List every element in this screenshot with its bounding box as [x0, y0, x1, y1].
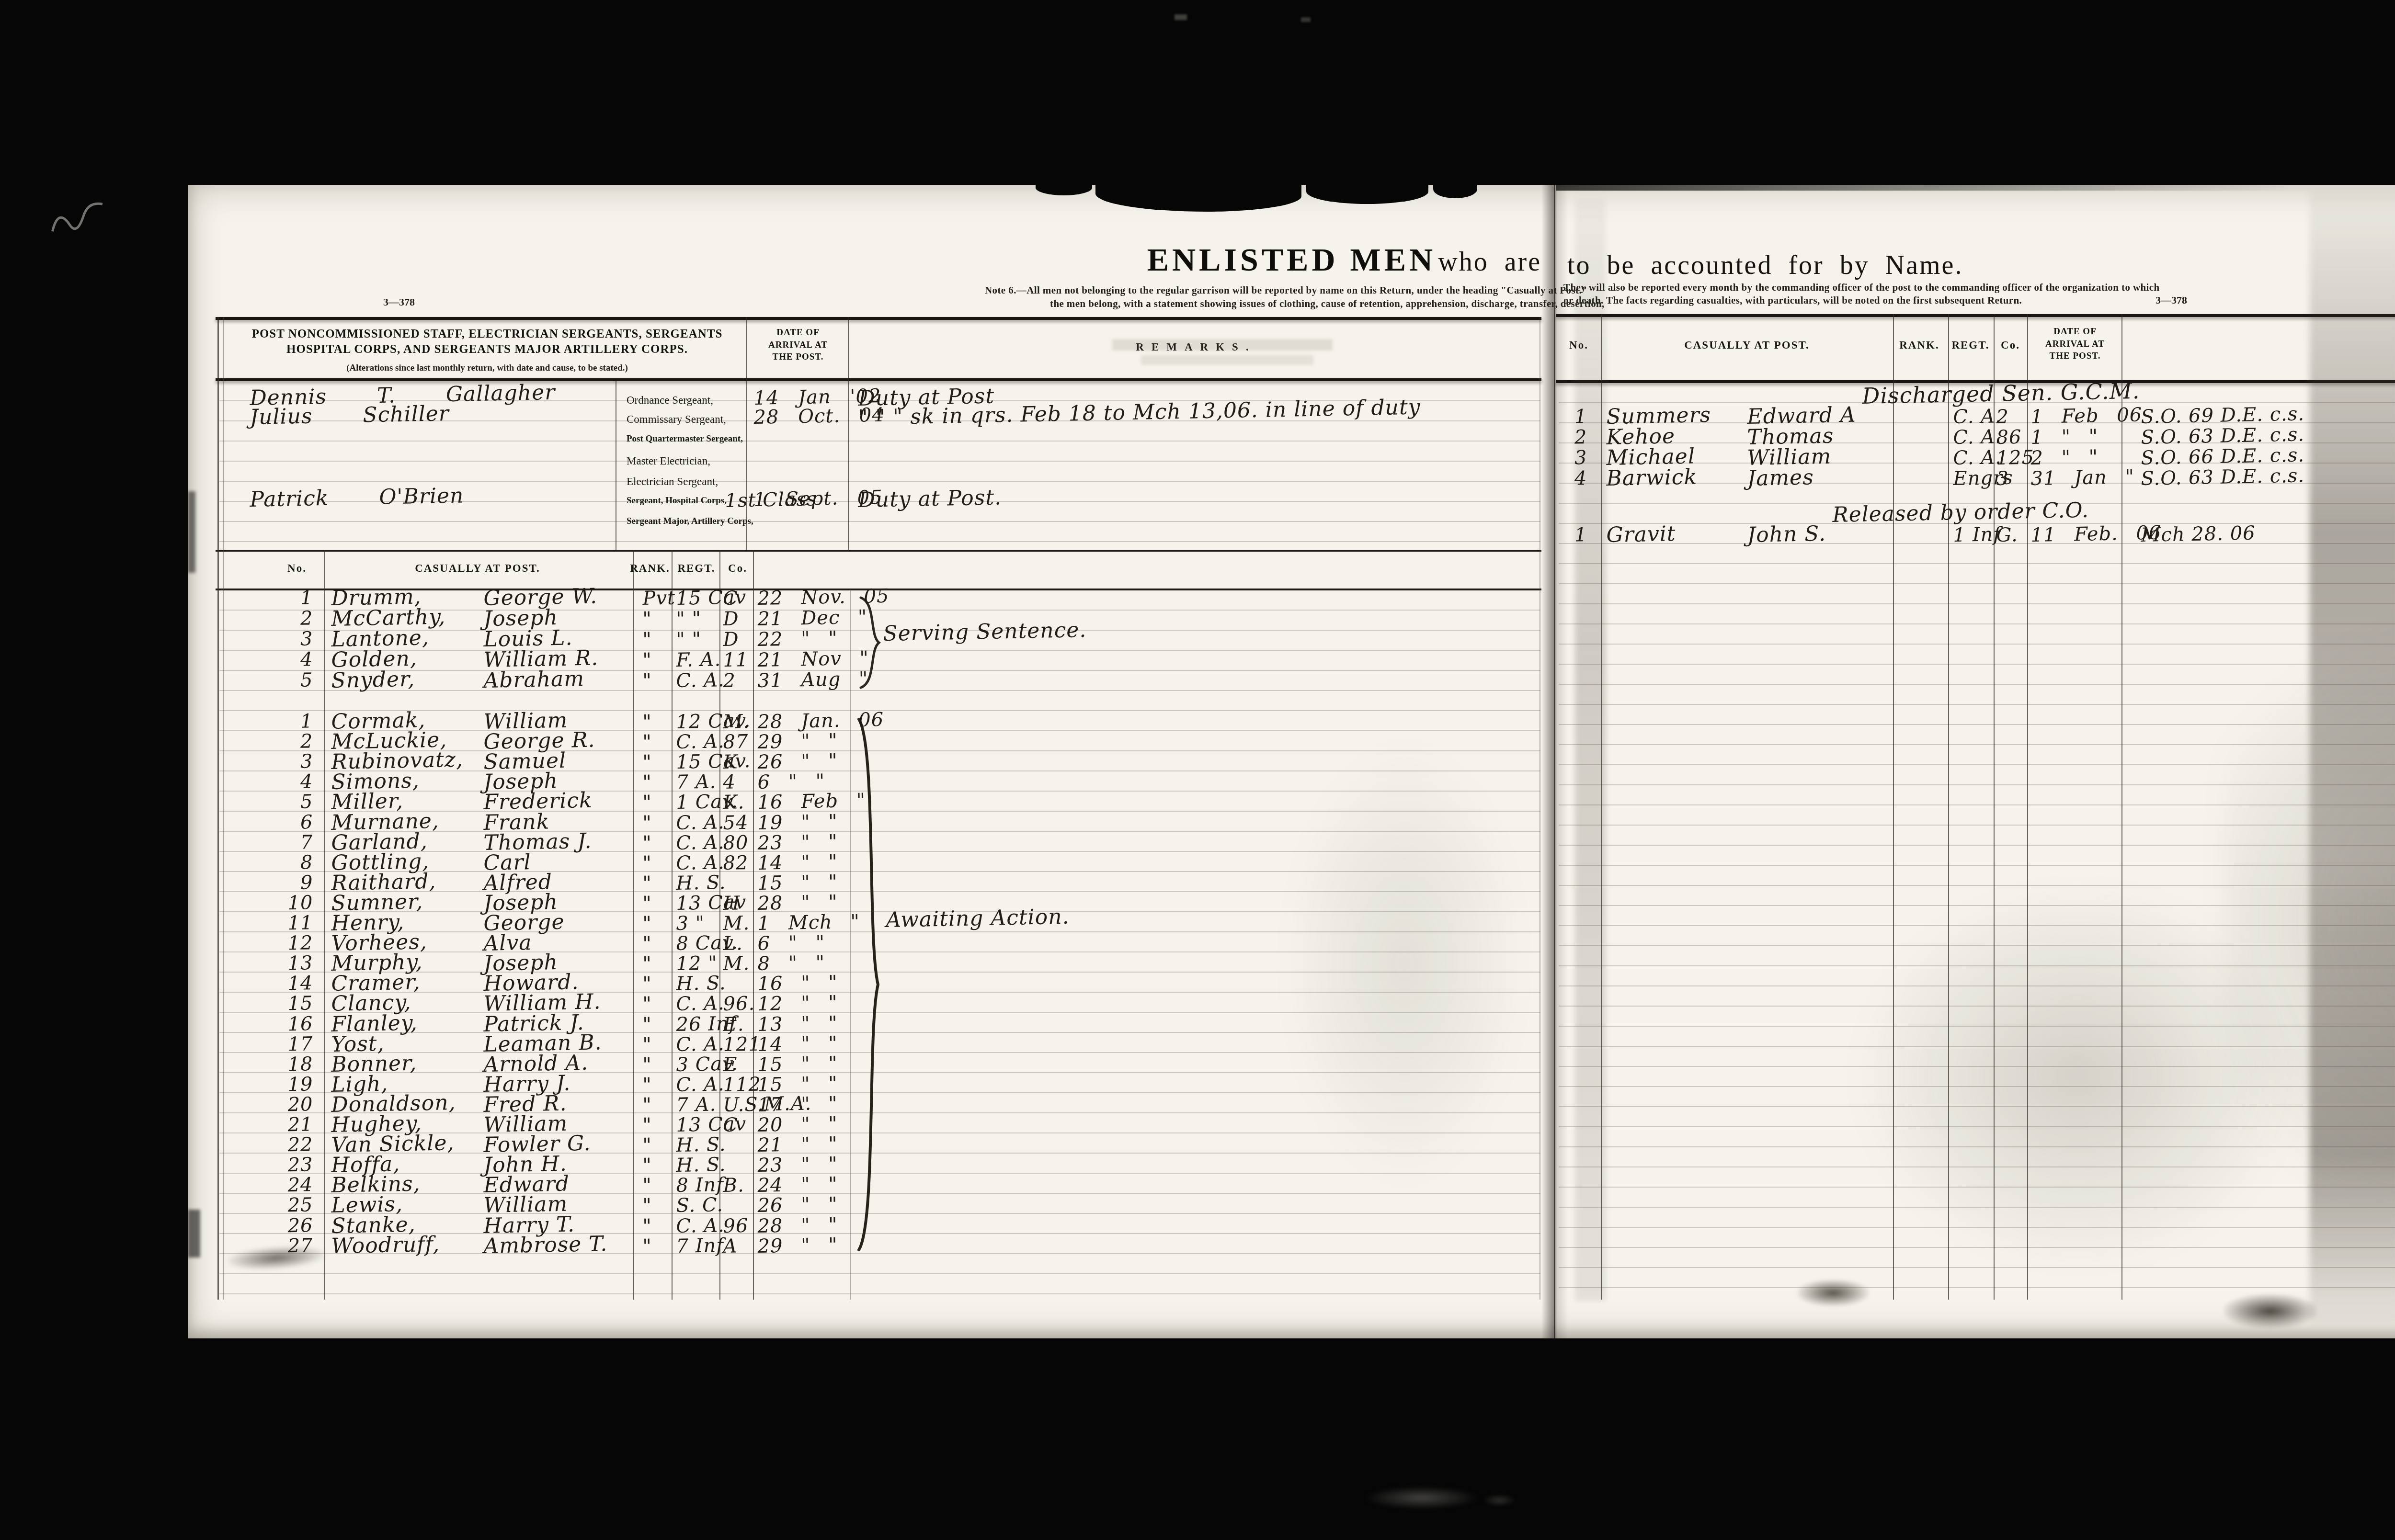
cell-regt: 3 " — [676, 912, 705, 935]
cell-co: K — [723, 751, 738, 774]
cell-given: John S. — [1747, 521, 1826, 547]
cell-regt: C. A. — [676, 669, 725, 692]
discharged-section-label: Discharged Sen. G.C.M. — [1862, 378, 2140, 409]
date-col-header-line: ARRIVAL AT — [2028, 338, 2122, 351]
cell-regt: C. A. — [1953, 405, 2002, 428]
cell-no: 21 — [269, 1113, 313, 1136]
cell-co: 121 — [723, 1033, 761, 1056]
cell-rank: " — [642, 1134, 652, 1156]
cell-no: 4 — [269, 648, 313, 671]
cell-rank: " — [642, 608, 652, 630]
cell-rank: " — [642, 812, 652, 834]
cell-no: 1 — [1560, 524, 1587, 546]
cell-regt: C. A. — [676, 730, 725, 753]
cell-no: 10 — [269, 892, 313, 915]
cell-no: 2 — [269, 730, 313, 753]
cell-no: 3 — [1560, 447, 1587, 469]
cell-surname: Barwick — [1606, 464, 1698, 491]
cell-no: 3 — [269, 750, 313, 773]
released-section-label: Released by order C.O. — [1832, 498, 2089, 527]
cell-no: 1 — [269, 710, 313, 733]
cell-remarks: Mch 28. 06 — [2141, 522, 2256, 546]
note-right-line2: or death. The facts regarding casualties… — [1563, 294, 2022, 306]
document-page-spread: ENLISTED MEN who are to be accounted for… — [188, 185, 2395, 1338]
col-line — [1948, 314, 1949, 1300]
cell-date: 26 " " — [757, 750, 838, 773]
table-border — [217, 317, 219, 1300]
cell-rank: " — [642, 872, 652, 894]
cell-co: K. — [723, 792, 744, 814]
cell-co: 96 — [723, 1214, 749, 1237]
cell-rank: " — [642, 1074, 652, 1096]
cell-co: 125 — [1996, 446, 2034, 469]
cell-no: 5 — [269, 791, 313, 814]
cell-no: 25 — [269, 1194, 313, 1217]
cell-rank: " — [642, 792, 652, 814]
cell-co: 96. — [723, 993, 755, 1015]
cell-regt: C. A. — [676, 1073, 725, 1096]
cell-rank: " — [642, 913, 652, 935]
cell-co: 3 — [1996, 468, 2009, 490]
cell-rank: Pvt — [642, 587, 675, 610]
col-header-co-r: Co. — [1993, 339, 2028, 351]
cell-no: 3 — [269, 628, 313, 651]
staff-header-line1: POST NONCOMMISSIONED STAFF, ELECTRICIAN … — [226, 328, 748, 341]
title-who-are: who are — [1438, 247, 1541, 277]
cell-regt: H. S. — [676, 972, 726, 995]
cell-no: 2 — [269, 607, 313, 630]
cell-staff-name: Julius Schiller — [250, 401, 449, 430]
cell-regt: 7 A. — [676, 1093, 717, 1116]
cell-rank: " — [642, 731, 652, 753]
cell-date: 13 " " — [757, 1012, 838, 1035]
date-col-header-left: DATE OFARRIVAL ATTHE POST. — [749, 327, 847, 363]
col-header-name: CASUALLY AT POST. — [365, 562, 590, 575]
col-header-no: No. — [268, 562, 326, 575]
form-number-left: 3—378 — [383, 296, 415, 308]
cell-rank: " — [642, 1195, 652, 1217]
cell-surname: Gravit — [1606, 521, 1676, 547]
cell-regt: H. S. — [676, 872, 726, 895]
bleed-through — [1141, 355, 1313, 365]
date-col-header-line: DATE OF — [2028, 326, 2122, 338]
scan-blot — [1095, 185, 1301, 212]
col-line — [753, 550, 754, 1300]
cell-date: 12 " " — [757, 992, 838, 1015]
col-header-name-r: CASUALLY AT POST. — [1620, 339, 1874, 351]
scan-dot-top-1 — [1175, 14, 1187, 20]
cell-date: 19 " " — [757, 810, 838, 834]
col-line — [746, 317, 747, 550]
cell-no: 19 — [269, 1073, 313, 1096]
note-left-line2: the men belong, with a statement showing… — [1050, 298, 1605, 310]
note-left-line1: Note 6.—All men not belonging to the reg… — [985, 284, 1587, 296]
cell-rank: " — [642, 1215, 652, 1237]
col-line — [672, 550, 673, 1300]
table-border — [223, 317, 224, 1300]
note-right-line1: They will also be reported every month b… — [1563, 282, 2160, 294]
cell-date: 16 Feb " — [757, 790, 866, 814]
cell-date: 28 " " — [757, 1213, 838, 1237]
left-edge-mark-1 — [188, 491, 195, 573]
scanned-muster-roll: ENLISTED MEN who are to be accounted for… — [0, 0, 2395, 1540]
cell-no: 13 — [269, 952, 313, 975]
cell-regt: " " — [676, 628, 701, 651]
cell-co: D — [723, 608, 739, 630]
scan-smudge-bottom — [1364, 1486, 1479, 1509]
cell-no: 4 — [1560, 467, 1587, 490]
cell-rank: " — [642, 893, 652, 915]
cell-surname: Woodruff, — [331, 1232, 440, 1258]
cell-date: 31 Jan " — [2030, 466, 2134, 490]
remarks-col-header-left: REMARKS. — [854, 341, 1539, 353]
cell-rank: " — [642, 670, 652, 692]
cell-regt: 12 " — [676, 952, 718, 975]
cell-regt: 7 Inf — [676, 1234, 724, 1257]
rule — [1556, 314, 2395, 317]
cell-staff-rank-printed: Commissary Sergeant, — [627, 413, 726, 426]
cell-rank: " — [642, 711, 652, 733]
cell-rank: " — [642, 1155, 652, 1177]
cell-rank: " — [642, 1013, 652, 1035]
rule — [216, 550, 1541, 552]
cell-no: 16 — [269, 1013, 313, 1036]
cell-given: James — [1747, 465, 1814, 491]
center-fold-line — [1554, 185, 1555, 1338]
col-line — [324, 550, 325, 1300]
cell-surname: Snyder, — [331, 667, 415, 693]
cell-date: 22 " " — [757, 627, 838, 651]
cell-regt: F. A. — [676, 648, 721, 671]
cell-no: 18 — [269, 1053, 313, 1076]
col-header-regt-r: REGT. — [1947, 339, 1995, 351]
group2-remark: Awaiting Action. — [886, 905, 1070, 932]
cell-co: E — [723, 1053, 738, 1076]
cell-rank: " — [642, 1053, 652, 1076]
staff-header-subnote: (Alterations since last monthly return, … — [226, 363, 748, 374]
cell-regt: 8 Inf — [676, 1174, 724, 1197]
cell-no: 26 — [269, 1214, 313, 1237]
cell-given: Ambrose T. — [483, 1232, 608, 1258]
cell-staff-rank-printed: Master Electrician, — [627, 455, 710, 467]
cell-staff-name: Patrick O'Brien — [250, 483, 464, 512]
cell-no: 4 — [269, 771, 313, 794]
cell-rank: " — [642, 993, 652, 1015]
cell-staff-rank-printed: Post Quartermaster Sergeant, — [627, 434, 743, 444]
ink-blot-2 — [2224, 1294, 2317, 1328]
page-title-right: to be accounted for by Name. — [1567, 250, 1963, 281]
cell-regt: C. A. — [676, 1033, 725, 1056]
cell-co: 112 — [723, 1073, 761, 1096]
cell-rank: " — [642, 1094, 652, 1116]
cell-date: 2 " " — [2030, 446, 2098, 469]
col-line — [1893, 314, 1894, 1300]
cell-staff-rank-printed: Sergeant, Hospital Corps, — [627, 496, 727, 506]
cell-co: D — [723, 628, 739, 651]
col-header-rank-r: RANK. — [1891, 339, 1948, 351]
cell-no: 24 — [269, 1174, 313, 1197]
cell-co: L. — [723, 932, 743, 955]
cell-no: 1 — [269, 587, 313, 610]
staff-header-line2: HOSPITAL CORPS, AND SERGEANTS MAJOR ARTI… — [226, 343, 748, 356]
cell-regt: C. A. — [676, 992, 725, 1015]
cell-regt: C. A. — [676, 1214, 725, 1237]
scan-smudge-bottom-2 — [1483, 1494, 1516, 1506]
cell-co: 82 — [723, 852, 749, 874]
cell-no: 2 — [1560, 426, 1587, 449]
cell-rank: " — [642, 832, 652, 854]
cell-staff-remarks: Duty at Post. — [858, 485, 1002, 512]
cell-co: A — [723, 1235, 738, 1257]
cell-co: G. — [1996, 524, 2018, 546]
cell-date: 22 Nov. 05 — [757, 585, 890, 610]
col-line — [616, 381, 616, 550]
cell-co: C — [723, 1114, 738, 1136]
cell-date: 1 Feb 06 — [2030, 404, 2142, 428]
cell-regt: C. A. — [676, 831, 725, 854]
date-col-header-line: THE POST. — [2028, 350, 2122, 362]
cell-no: 17 — [269, 1033, 313, 1056]
cell-given: Abraham — [483, 667, 584, 693]
cell-no: 23 — [269, 1154, 313, 1177]
cell-co: 86 — [1996, 426, 2022, 449]
rule — [216, 317, 1541, 320]
cell-no: 6 — [269, 811, 313, 834]
remarks-col-header-right: REMARKS. — [2171, 339, 2395, 351]
col-line — [633, 550, 634, 1300]
cell-rank: " — [642, 953, 652, 975]
cell-co: 2 — [1996, 406, 2009, 428]
date-col-header-right: DATE OFARRIVAL ATTHE POST. — [2028, 326, 2122, 362]
scan-blot — [1306, 185, 1428, 204]
cell-no: 7 — [269, 831, 313, 854]
cell-regt: C. A. — [676, 851, 725, 874]
page-title-left: ENLISTED MEN who are — [935, 243, 1541, 276]
cell-co: M. — [723, 952, 750, 975]
group1-remark: Serving Sentence. — [883, 618, 1087, 646]
col-header-no-r: No. — [1557, 339, 1601, 351]
cell-rank: " — [642, 1235, 652, 1257]
cell-rank: " — [642, 1114, 652, 1136]
cell-no: 14 — [269, 973, 313, 996]
form-number-right: 3—378 — [2155, 294, 2187, 306]
date-col-header-line: THE POST. — [749, 351, 847, 363]
col-line — [1601, 314, 1602, 1300]
cell-no: 8 — [269, 851, 313, 874]
cell-date: 31 Aug " — [757, 668, 868, 692]
cell-no: 27 — [269, 1234, 313, 1257]
cell-regt: S. C. — [676, 1194, 723, 1217]
cell-co: M. — [723, 711, 750, 733]
cell-regt: " " — [676, 608, 701, 630]
cell-date: 21 Dec " — [757, 606, 867, 630]
cell-no: 11 — [269, 912, 313, 935]
cell-regt: C. A. — [1953, 446, 2002, 469]
cell-co: E. — [723, 1013, 744, 1036]
cell-co: 11 — [723, 649, 749, 671]
scan-top-edge-shadow — [1556, 185, 2293, 191]
cell-regt: H. S. — [676, 1154, 726, 1177]
col-header-regt: REGT. — [672, 562, 721, 575]
cell-date: 1 Mch " — [757, 911, 860, 935]
cell-no: 9 — [269, 872, 313, 895]
cell-co: C — [723, 587, 738, 610]
title-enlisted-men: ENLISTED MEN — [1147, 241, 1437, 278]
scan-blot — [1433, 185, 1477, 198]
col-header-co: Co. — [718, 562, 757, 575]
cell-remarks: S.O. 63 D.E. c.s. — [2141, 464, 2304, 490]
cell-rank: " — [642, 1175, 652, 1197]
cell-staff-rank-printed: Sergeant Major, Artillery Corps, — [627, 516, 753, 527]
cell-rank: " — [642, 973, 652, 995]
scan-blot — [1036, 185, 1092, 195]
cell-no: 5 — [269, 669, 313, 692]
cell-rank: " — [642, 629, 652, 651]
cell-rank: " — [642, 1033, 652, 1055]
cell-no: 1 — [1560, 406, 1587, 428]
cell-co: H — [723, 892, 741, 915]
cell-regt: C. A. — [1953, 426, 2002, 449]
cell-regt: 15 Cav. — [676, 750, 751, 773]
cell-rank: " — [642, 771, 652, 793]
cell-co: 2 — [723, 670, 736, 692]
cell-no: 22 — [269, 1133, 313, 1156]
col-line — [848, 317, 849, 550]
cell-date: 14 " " — [757, 1032, 838, 1055]
cell-date: 28 Jan. 06 — [757, 709, 884, 733]
cell-co: 54 — [723, 811, 749, 834]
page-edge-line — [1540, 317, 1540, 1300]
left-edge-mark-2 — [188, 1210, 200, 1257]
col-line — [2121, 314, 2122, 1300]
cell-regt: C. A. — [676, 811, 725, 834]
date-col-header-line: DATE OF — [749, 327, 847, 339]
cell-date: 23 " " — [757, 830, 838, 854]
cell-rank: " — [642, 751, 652, 773]
cell-date: 29 " " — [757, 1234, 838, 1257]
cell-rank: " — [642, 933, 652, 955]
cell-staff-rank-printed: Ordnance Sergeant, — [627, 394, 713, 407]
scan-dot-top-2 — [1301, 17, 1311, 22]
cell-rank: " — [642, 649, 652, 671]
cell-date: 1 " " — [2030, 425, 2098, 449]
cell-regt: 1 Inf — [1953, 523, 2001, 546]
cell-no: 12 — [269, 932, 313, 955]
scan-scribble-artifact — [43, 185, 120, 255]
cell-no: 15 — [269, 993, 313, 1016]
cell-staff-rank-printed: Electrician Sergeant, — [627, 476, 718, 488]
cell-regt: H. S. — [676, 1133, 726, 1156]
cell-co: 80 — [723, 832, 749, 854]
cell-date: 26 " " — [757, 1193, 838, 1217]
date-col-header-line: ARRIVAL AT — [749, 339, 847, 351]
cell-co: B. — [723, 1174, 744, 1197]
cell-regt: 7 A. — [676, 771, 717, 794]
cell-no: 20 — [269, 1093, 313, 1116]
cell-rank: " — [642, 852, 652, 874]
